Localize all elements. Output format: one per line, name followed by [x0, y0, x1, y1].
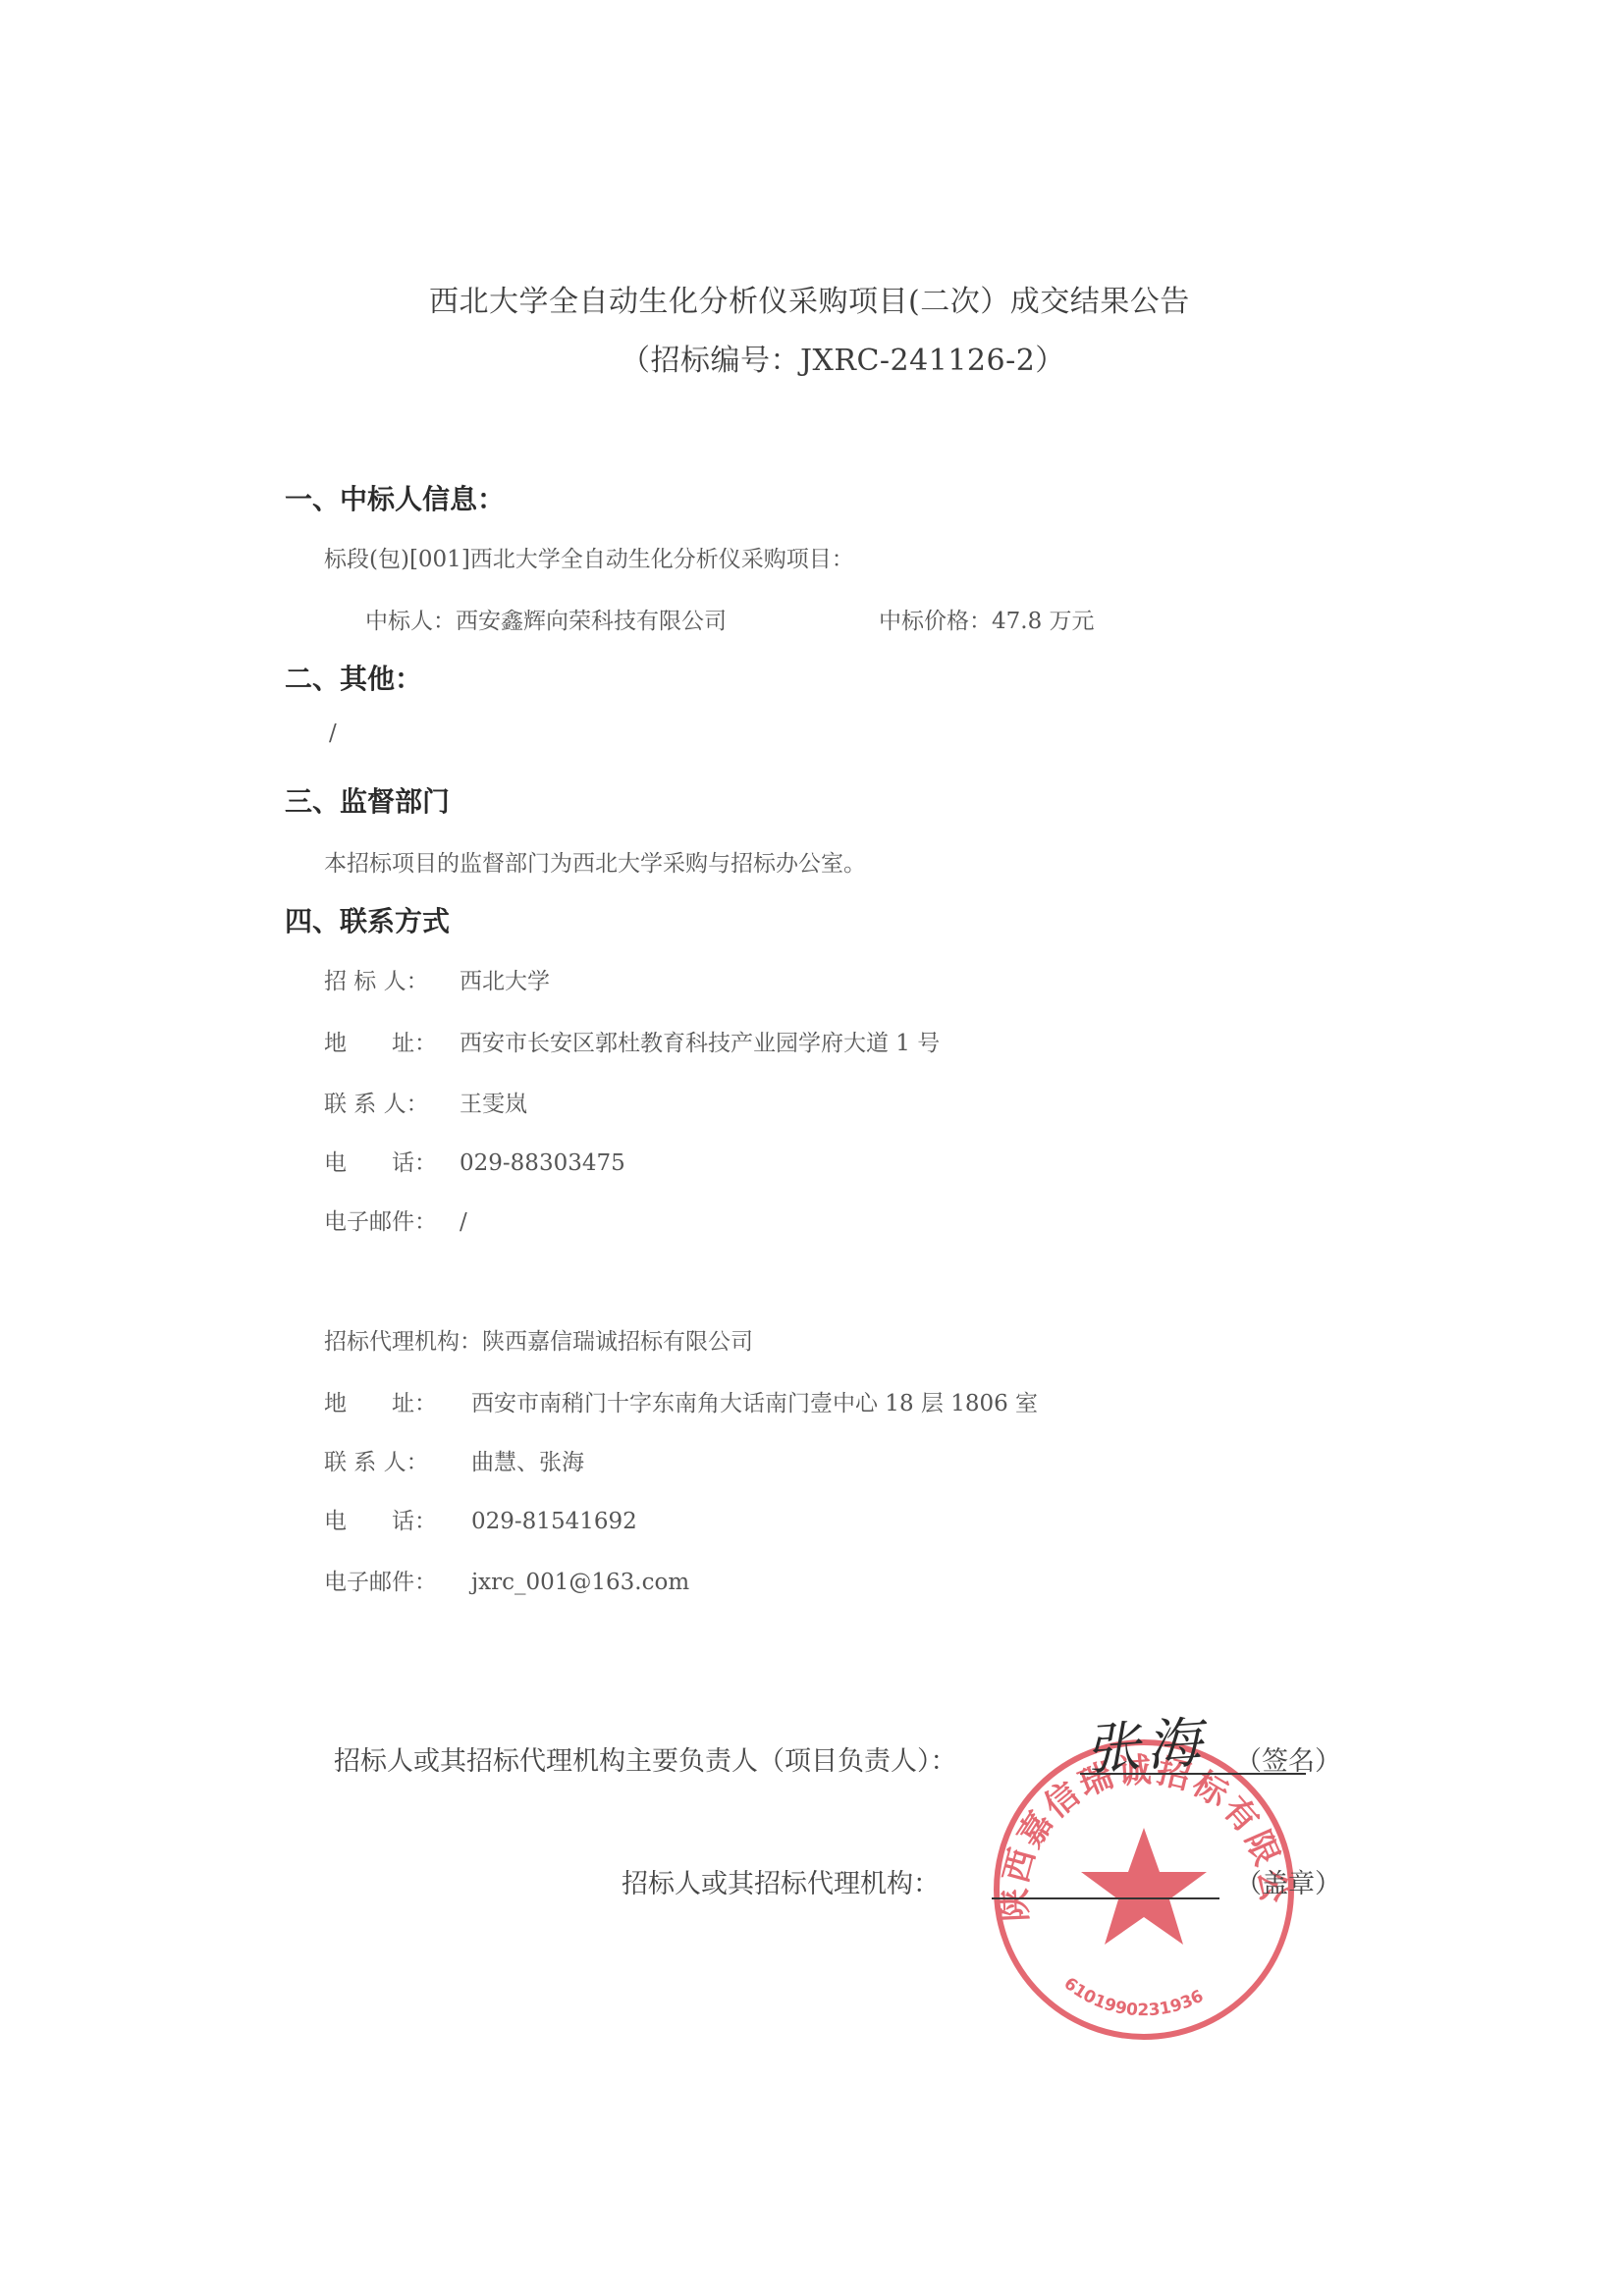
tenderer-phone-value: 029-88303475: [460, 1150, 625, 1176]
agency-address-row: 地 址：西安市南稍门十字东南角大话南门壹中心 18 层 1806 室: [324, 1385, 1038, 1417]
agency-contact-row: 联 系 人：曲慧、张海: [324, 1444, 584, 1476]
tenderer-address-row: 地 址：西安市长安区郭杜教育科技产业园学府大道 1 号: [324, 1025, 940, 1057]
sign-suffix: （签名）: [1235, 1739, 1341, 1778]
price-value: 47.8 万元: [992, 609, 1095, 634]
agency-email-value: jxrc_001@163.com: [471, 1570, 689, 1595]
tenderer-address-label: 地 址：: [324, 1025, 460, 1057]
agency-email-label: 电子邮件：: [324, 1564, 471, 1596]
section-heading-other: 二、其他：: [285, 658, 422, 697]
seal-suffix: （盖章）: [1235, 1862, 1341, 1900]
tenderer-label: 招 标 人：: [324, 963, 460, 995]
agency-contact-label: 联 系 人：: [324, 1444, 471, 1476]
tenderer-address-value: 西安市长安区郭杜教育科技产业园学府大道 1 号: [460, 1031, 940, 1056]
tenderer-contact-row: 联 系 人：王雯岚: [324, 1086, 527, 1118]
tenderer-email-value: /: [460, 1209, 467, 1235]
section-heading-supervision: 三、监督部门: [285, 780, 450, 820]
tenderer-phone-row: 电 话：029-88303475: [324, 1145, 625, 1177]
agency-phone-label: 电 话：: [324, 1503, 471, 1535]
tenderer-phone-label: 电 话：: [324, 1145, 460, 1177]
agency-seal-label: 招标人或其招标代理机构：: [622, 1862, 940, 1900]
tender-number: （招标编号：JXRC-241126-2）: [621, 336, 1065, 379]
agency-email-row: 电子邮件：jxrc_001@163.com: [324, 1564, 689, 1596]
section-heading-contact: 四、联系方式: [285, 900, 450, 939]
section-heading-winner: 一、中标人信息：: [285, 478, 505, 517]
agency-phone-row: 电 话：029-81541692: [324, 1503, 637, 1535]
star-icon: [1081, 1828, 1207, 1945]
supervision-content: 本招标项目的监督部门为西北大学采购与招标办公室。: [324, 845, 866, 878]
tenderer-contact-label: 联 系 人：: [324, 1086, 460, 1118]
price-row: 中标价格：47.8 万元: [879, 603, 1095, 635]
tenderer-row: 招 标 人：西北大学: [324, 963, 550, 995]
agency-contact-value: 曲慧、张海: [471, 1450, 584, 1475]
other-content: /: [329, 721, 337, 746]
agency-address-label: 地 址：: [324, 1385, 471, 1417]
seal-line: [992, 1897, 1219, 1899]
winner-name: 西安鑫辉向荣科技有限公司: [456, 609, 727, 634]
tenderer-email-row: 电子邮件：/: [324, 1203, 467, 1236]
agency-phone-value: 029-81541692: [471, 1509, 637, 1534]
document-title: 西北大学全自动生化分析仪采购项目(二次）成交结果公告: [429, 277, 1190, 320]
agency-label: 招标代理机构：: [324, 1329, 482, 1355]
responsible-person-label: 招标人或其招标代理机构主要负责人（项目负责人）：: [334, 1739, 957, 1778]
price-label: 中标价格：: [879, 609, 992, 634]
agency-address-value: 西安市南稍门十字东南角大话南门壹中心 18 层 1806 室: [471, 1391, 1038, 1416]
tenderer-value: 西北大学: [460, 969, 550, 994]
agency-value: 陕西嘉信瑞诚招标有限公司: [482, 1329, 753, 1355]
stamp-number: 6101990231936: [1060, 1974, 1208, 2021]
agency-row: 招标代理机构：陕西嘉信瑞诚招标有限公司: [324, 1323, 753, 1356]
package-name: 标段(包)[001]西北大学全自动生化分析仪采购项目：: [324, 541, 854, 573]
winner-row: 中标人：西安鑫辉向荣科技有限公司: [365, 603, 727, 635]
winner-label: 中标人：: [365, 609, 456, 634]
tenderer-email-label: 电子邮件：: [324, 1203, 460, 1236]
tenderer-contact-value: 王雯岚: [460, 1092, 527, 1117]
